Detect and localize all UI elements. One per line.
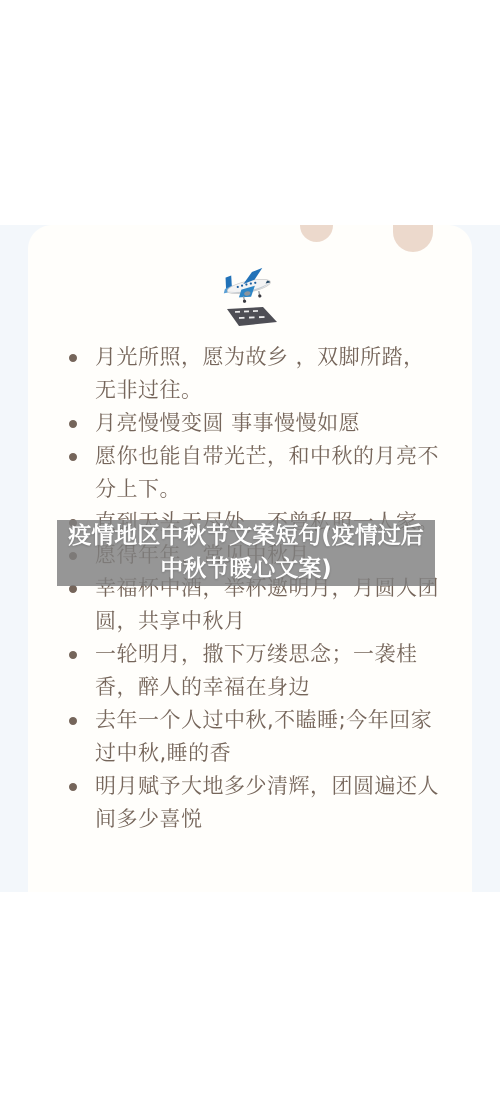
quote-text: 去年一个人过中秋,不瞌睡;今年回家过中秋,睡的香 [95, 708, 432, 765]
quote-text: 月亮慢慢变圆 事事慢慢如愿 [95, 411, 360, 435]
article-page: 月光所照，愿为故乡 ，双脚所踏，无非过往。 月亮慢慢变圆 事事慢慢如愿 愿你也能… [0, 0, 500, 1103]
bullet-icon [69, 651, 77, 659]
list-item: 去年一个人过中秋,不瞌睡;今年回家过中秋,睡的香 [95, 704, 440, 770]
quote-text: 一轮明月，撒下万缕思念；一袭桂香，醉人的幸福在身边 [95, 642, 418, 699]
bullet-icon [69, 453, 77, 461]
list-item: 月光所照，愿为故乡 ，双脚所踏，无非过往。 [95, 341, 440, 407]
airplane-over-runway-icon [211, 267, 289, 329]
list-item: 一轮明月，撒下万缕思念；一袭桂香，醉人的幸福在身边 [95, 638, 440, 704]
quote-text: 愿你也能自带光芒，和中秋的月亮不分上下。 [95, 444, 439, 501]
page-title: 疫情地区中秋节文案短句(疫情过后中秋节暖心文案) [57, 520, 435, 586]
beige-blob-decor-icon [300, 225, 333, 242]
bullet-icon [69, 717, 77, 725]
bullet-icon [69, 783, 77, 791]
bullet-icon [69, 420, 77, 428]
bullet-icon [69, 585, 77, 593]
list-item: 愿你也能自带光芒，和中秋的月亮不分上下。 [95, 440, 440, 506]
quote-list: 月光所照，愿为故乡 ，双脚所踏，无非过往。 月亮慢慢变圆 事事慢慢如愿 愿你也能… [28, 341, 472, 836]
quote-text: 月光所照，愿为故乡 ，双脚所踏，无非过往。 [95, 345, 425, 402]
list-item: 月亮慢慢变圆 事事慢慢如愿 [95, 407, 440, 440]
quote-text: 明月赋予大地多少清辉，团圆遍还人间多少喜悦 [95, 774, 439, 831]
beige-blob-decor-icon [393, 225, 433, 252]
list-item: 明月赋予大地多少清辉，团圆遍还人间多少喜悦 [95, 770, 440, 836]
bullet-icon [69, 354, 77, 362]
